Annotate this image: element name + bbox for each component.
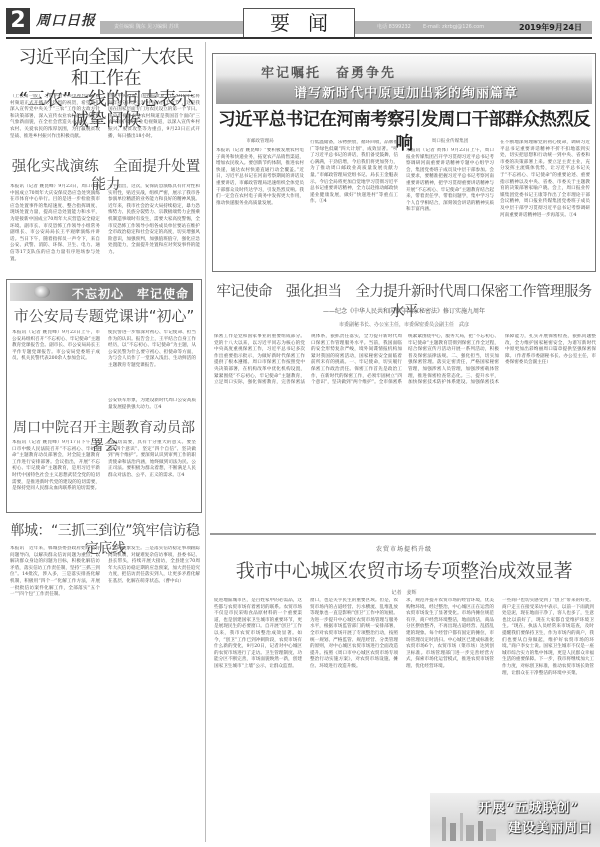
story5-body-col1: 本报讯 近年来，郸城县委县政府始终坚持问题导向，以解决群众信访问题为重点，以解决… <box>10 546 100 842</box>
story-b-body: 保密工作是党和国家事业的重要组成部分。党的十八大以来，以习近平同志为核心的党中央… <box>214 334 596 530</box>
theme-banner-text: 不忘初心 牢记使命 <box>72 285 189 302</box>
story2-body-col2: 王平指出，这次，安保防恐演练具有针对性和实用性，贴近实战，组织严密，展示了我市各… <box>108 184 200 272</box>
feature-banner-line1: 牢记嘱托 奋勇争先 <box>261 62 396 81</box>
story-b-byline: 市委副秘书长、办公室主任，市委保密委员会副主任 武彦 <box>212 321 596 328</box>
email-address: E-mail: zkrbgj@126.com <box>423 21 484 34</box>
five-city-campaign-ad[interactable]: 开展“五城联创” 建设美丽周口 <box>430 793 600 847</box>
editors-bar: 责任编辑 魏东 见习编辑 苏琪 <box>100 21 243 34</box>
story-a-sub2-body-b: 在不断地深刻理解党的初心使命，调研习近平总书记重要讲话精神不折不扣地落到实处，切… <box>500 140 590 268</box>
column-divider <box>205 42 206 842</box>
story3-closing: 公安铁军形象，为建设新时代周口公安高质量发展提供强大动力。①4 <box>108 398 196 412</box>
editors-credit: 责任编辑 魏东 见习编辑 苏琪 <box>114 24 179 30</box>
story1-body-col1: （上接第一版） 习近平对中央电视台农业农村频道正式开播表示热烈的祝贺，希望他们深… <box>10 94 100 138</box>
story-c-body-col2: 窗口，也是关乎民生的重要区域。但是，农贸市场内的占道经营、污水横流、乱堆乱放等现… <box>310 598 398 843</box>
story1-body-col2: 经党中央批准、国务院批复，自2018年起将每年秋分日设立为“中国农民丰收节”，这… <box>108 94 200 138</box>
story4-body-col1: 本报讯（记者 姚昆峰）9月17日下午，周口市中级人民法院召开“不忘初心、牢记使命… <box>12 440 100 510</box>
ad-line2: 建设美丽周口 <box>508 817 592 836</box>
story-a-sub2-byline: 周口报业传媒集团 <box>406 138 494 144</box>
story-c-byline: 记者 姜辉 <box>212 589 596 596</box>
section-rule <box>210 533 596 535</box>
story1-headline-line1: 习近平向全国广大农民和工作在 <box>10 47 202 89</box>
masthead-rule <box>6 37 592 39</box>
story3-headline[interactable]: 市公安局专题党课讲“初心” <box>10 307 198 326</box>
story-c-body-col3: 求，规范并提升农贸市场的经营环境，优美购物环境。经过整治，中心城区正在运营的农贸… <box>406 598 494 788</box>
feature-banner: 牢记嘱托 奋勇争先 谱写新时代中原更加出彩的绚丽篇章 <box>216 56 592 104</box>
story-a-sub2-body: 本报讯（记者 黄体）9月23日上午，周口报业传媒集团召开学习贯彻习近平总书记考察… <box>406 148 494 268</box>
theme-banner: 不忘初心 牢记使命 <box>10 283 193 301</box>
story2-body-col1: 本报讯（记者 姚昆峰）9月23日，周口市新中国成立70周年大庆安保反恐应急处突演… <box>10 184 100 272</box>
story-c-kicker: 农贸市场提档升级 <box>212 544 596 553</box>
story-c-headline[interactable]: 我市中心城区农贸市场专项整治成效显著 <box>212 558 596 584</box>
story-c-body-col4: 一些商户也切实感受到了“创卫”带来的好处。商户走王在接受采访中表示，以前一下雨就… <box>502 598 594 788</box>
story3-body-col1: 本报讯（记者 姚昆峰）9月23日上午，市公安局组织召开“不忘初心、牢记使命”主题… <box>12 330 100 404</box>
story-b-subtitle: ——纪念《中华人民共和国保守国家秘密法》修订实施九周年 <box>212 306 596 315</box>
story-a-sub1-body: 本报讯（记者 姚昆峰）“要积极发展农村电子商务和快递业务，拓宽农产品销售渠道，增… <box>216 148 304 268</box>
story-a-sub1-byline: 市邮政管理局 <box>216 138 304 144</box>
masthead: 2 周口日报 责任编辑 魏东 见习编辑 苏琪 要闻 电话 8399232 E-m… <box>0 0 600 40</box>
feature-banner-line2: 谱写新时代中原更加出彩的绚丽篇章 <box>294 82 518 101</box>
story4-body-col2: 的迫切需要，具有十分重大的意义。要坚持“四个意识”、坚定“四个自信”、坚决做到“… <box>108 440 196 510</box>
ad-line1: 开展“五城联创” <box>478 797 579 816</box>
info-bar: 电话 8399232 E-mail: zkrbgj@126.com 2019年9… <box>355 21 592 34</box>
phone-number: 电话 8399232 <box>377 21 411 34</box>
story-c-body-col1: 促进地區城市区，是百姓家中的必需品，这些都与农贸市场有着密切的联系。农贸市场不仅… <box>214 598 302 843</box>
section-title: 要闻 <box>243 8 355 38</box>
page-number: 2 <box>6 8 30 34</box>
story3-body-col2: 使民警进一步加深对初心、牢记使命、担当作为的认识。报告会上，王平结合自身工作经历… <box>108 330 196 396</box>
story5-body-col2: 了之的现象发生。三是落实信访稳定事项跟踪问效机制，对疑难复杂信访事项，县委书记、… <box>108 546 200 842</box>
story-a-sub1-body-b: 行低温储备，乐物摆放，循环回收，品牌推广等绿色低碳“四大计划”，成效显著。“听了… <box>310 140 398 268</box>
story-b-headline[interactable]: 牢记使命 强化担当 全力提升新时代周口保密工作管理服务水平 <box>212 282 596 322</box>
badge-icon <box>34 286 50 298</box>
issue-date: 2019年9月24日 <box>519 21 582 34</box>
paper-name-logo: 周口日报 <box>36 10 96 30</box>
